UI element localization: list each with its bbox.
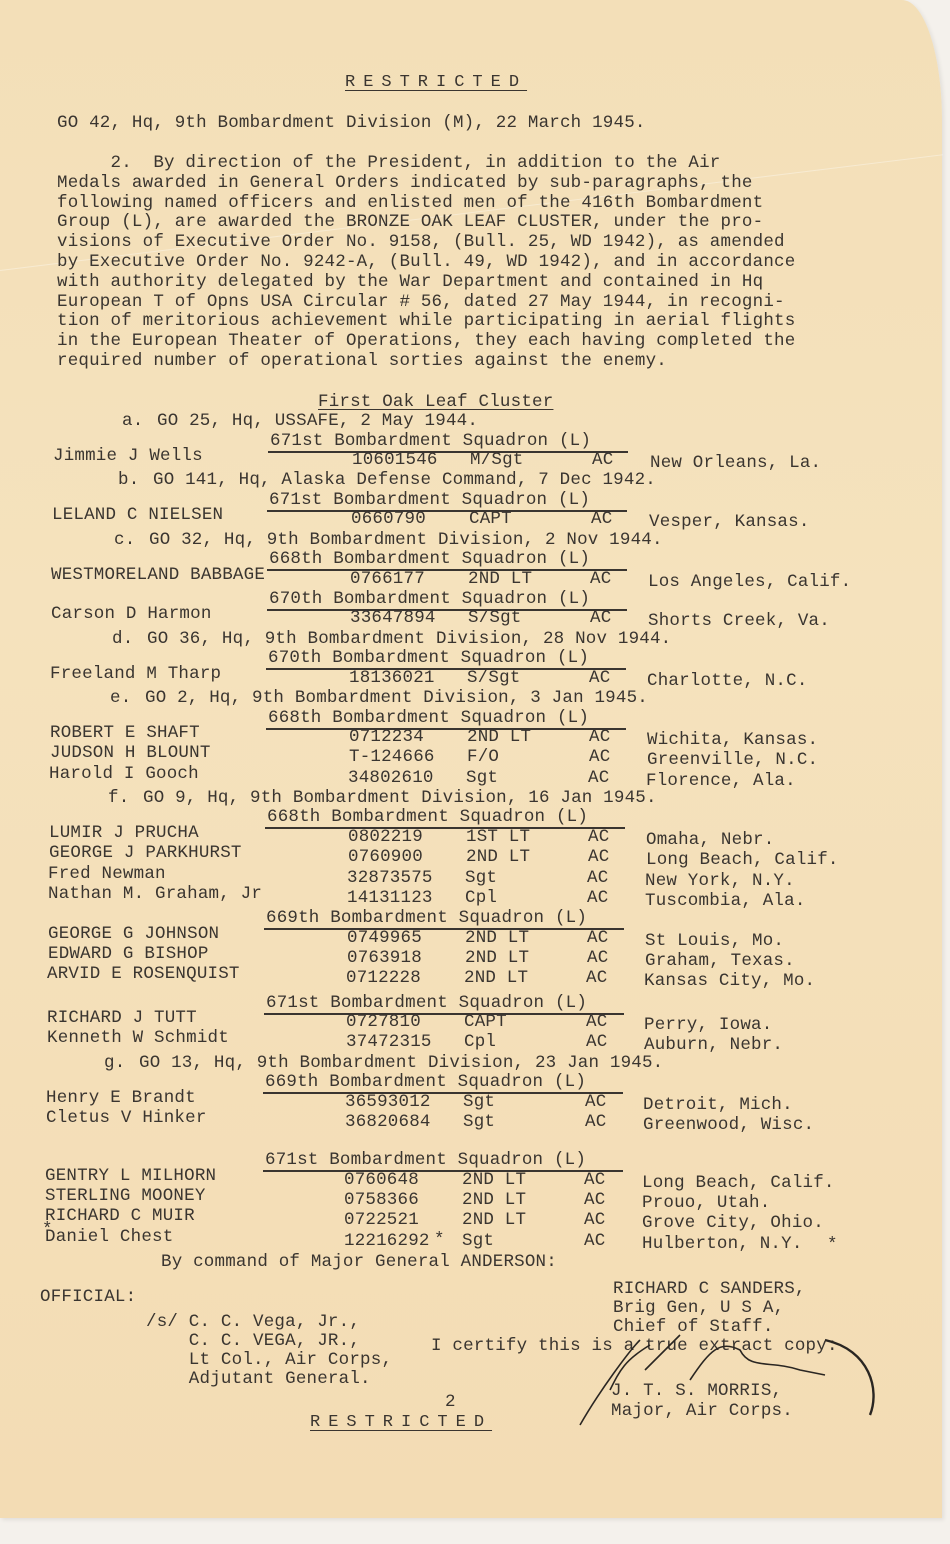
rank: 2ND LT: [462, 1170, 526, 1190]
paragraph-line: 2. By direction of the President, in add…: [57, 153, 721, 173]
recipient-name: WESTMORELAND BABBAGE: [51, 565, 265, 585]
recipient-name: ARVID E ROSENQUIST: [47, 964, 240, 984]
paragraph-line: required number of operational sorties a…: [57, 351, 667, 371]
sub-paragraph-letter: a.: [122, 411, 143, 431]
squadron-heading: 671st Bombardment Squadron (L): [266, 993, 587, 1013]
adjutant-signature-block: C. C. VEGA, JR.,: [146, 1331, 360, 1351]
recipient-name: STERLING MOONEY: [45, 1186, 206, 1206]
arm-of-service: AC: [591, 509, 612, 529]
rank: CAPT: [469, 509, 512, 529]
serial-number: 14131123: [347, 888, 433, 908]
rank: Sgt: [463, 1092, 495, 1112]
chief-of-staff-block: RICHARD C SANDERS,: [613, 1279, 806, 1299]
arm-of-service: AC: [586, 968, 607, 988]
order-line: GO 42, Hq, 9th Bombardment Division (M),…: [57, 113, 646, 133]
arm-of-service: AC: [586, 1032, 607, 1052]
certification-statement: I certify this is a true extract copy:: [431, 1336, 838, 1356]
home-town: Long Beach, Calif.: [642, 1173, 835, 1193]
rank: Cpl: [465, 888, 497, 908]
sub-paragraph-letter: f.: [108, 788, 129, 808]
arm-of-service: AC: [587, 948, 608, 968]
recipient-name: Henry E Brandt: [46, 1088, 196, 1108]
squadron-underline: [267, 609, 627, 611]
certifier-block: Major, Air Corps.: [611, 1401, 793, 1421]
home-town: New Orleans, La.: [650, 453, 821, 473]
paragraph-line: tion of meritorious achievement while pa…: [57, 311, 795, 331]
serial-number: 0758366: [344, 1190, 419, 1210]
arm-of-service: AC: [587, 928, 608, 948]
squadron-underline: [264, 1013, 624, 1015]
recipient-name: LELAND C NIELSEN: [52, 505, 223, 525]
end-mark-asterisk: *: [827, 1235, 838, 1255]
paragraph-line: following named officers and enlisted me…: [57, 193, 763, 213]
rank: 2ND LT: [462, 1190, 526, 1210]
certifier-block: J. T. S. MORRIS,: [611, 1381, 782, 1401]
home-town: Los Angeles, Calif.: [648, 572, 851, 592]
general-order-reference: GO 9, Hq, 9th Bombardment Division, 16 J…: [143, 788, 657, 808]
page-number: 2: [445, 1392, 456, 1412]
paragraph-line: visions of Executive Order No. 9158, (Bu…: [57, 232, 785, 252]
paragraph-line: Group (L), are awarded the BRONZE OAK LE…: [57, 212, 763, 232]
recipient-name: Jimmie J Wells: [53, 446, 203, 466]
serial-number: 18136021: [349, 668, 435, 688]
rank: 1ST LT: [466, 827, 530, 847]
squadron-underline: [268, 451, 628, 453]
squadron-heading: 668th Bombardment Squadron (L): [267, 807, 588, 827]
end-mark-asterisk: *: [42, 1220, 53, 1240]
recipient-name: RICHARD C MUIR: [45, 1206, 195, 1226]
paragraph-line: European T of Opns USA Circular # 56, da…: [57, 292, 785, 312]
general-order-reference: GO 2, Hq, 9th Bombardment Division, 3 Ja…: [145, 688, 648, 708]
recipient-name: Kenneth W Schmidt: [47, 1028, 229, 1048]
serial-number: 37472315: [346, 1032, 432, 1052]
arm-of-service: AC: [587, 868, 608, 888]
squadron-underline: [267, 510, 627, 512]
by-command-line: By command of Major General ANDERSON:: [161, 1252, 557, 1272]
classification-header: RESTRICTED: [345, 73, 527, 93]
general-order-reference: GO 25, Hq, USSAFE, 2 May 1944.: [157, 411, 478, 431]
squadron-underline: [265, 827, 625, 829]
sub-paragraph-letter: b.: [118, 470, 139, 490]
arm-of-service: AC: [585, 1092, 606, 1112]
rank: CAPT: [464, 1012, 507, 1032]
home-town: Vesper, Kansas.: [649, 512, 810, 532]
arm-of-service: AC: [588, 768, 609, 788]
serial-number: 34802610: [348, 768, 434, 788]
serial-number: 0749965: [347, 928, 422, 948]
arm-of-service: AC: [590, 608, 611, 628]
general-order-reference: GO 13, Hq, 9th Bombardment Division, 23 …: [139, 1053, 663, 1073]
rank: 2ND LT: [468, 569, 532, 589]
rank: 2ND LT: [467, 727, 531, 747]
serial-number: 0760900: [348, 847, 423, 867]
sub-paragraph-letter: e.: [110, 688, 131, 708]
squadron-underline: [263, 1170, 623, 1172]
end-mark-asterisk: *: [434, 1230, 445, 1250]
home-town: Hulberton, N.Y.: [642, 1234, 803, 1254]
squadron-heading: 670th Bombardment Squadron (L): [269, 589, 590, 609]
squadron-heading: 670th Bombardment Squadron (L): [268, 648, 589, 668]
serial-number: 0727810: [346, 1012, 421, 1032]
adjutant-signature-block: Lt Col., Air Corps,: [146, 1350, 392, 1370]
home-town: Detroit, Mich.: [643, 1095, 793, 1115]
serial-number: 0760648: [344, 1170, 419, 1190]
paragraph-line: Medals awarded in General Orders indicat…: [57, 173, 753, 193]
arm-of-service: AC: [584, 1190, 605, 1210]
home-town: Auburn, Nebr.: [644, 1035, 783, 1055]
home-town: Greenwood, Wisc.: [643, 1115, 814, 1135]
rank: Sgt: [465, 868, 497, 888]
home-town: Kansas City, Mo.: [644, 971, 815, 991]
squadron-underline: [267, 569, 627, 571]
sub-paragraph-letter: d.: [112, 629, 133, 649]
rank: S/Sgt: [468, 608, 522, 628]
rank: S/Sgt: [467, 668, 521, 688]
home-town: Long Beach, Calif.: [646, 850, 839, 870]
squadron-heading: 671st Bombardment Squadron (L): [265, 1150, 586, 1170]
squadron-underline: [264, 928, 624, 930]
general-order-reference: GO 32, Hq, 9th Bombardment Division, 2 N…: [149, 530, 663, 550]
arm-of-service: AC: [592, 450, 613, 470]
arm-of-service: AC: [585, 1112, 606, 1132]
recipient-name: Daniel Chest: [45, 1227, 173, 1247]
rank: 2ND LT: [462, 1210, 526, 1230]
arm-of-service: AC: [590, 569, 611, 589]
official-label: OFFICIAL:: [40, 1287, 136, 1307]
serial-number: 0766177: [350, 569, 425, 589]
serial-number: 36593012: [345, 1092, 431, 1112]
serial-number: 0763918: [347, 948, 422, 968]
serial-number: 12216292: [344, 1231, 430, 1251]
serial-number: 33647894: [350, 608, 436, 628]
rank: 2ND LT: [465, 928, 529, 948]
rank: 2ND LT: [464, 968, 528, 988]
rank: Sgt: [462, 1231, 494, 1251]
squadron-heading: 669th Bombardment Squadron (L): [266, 908, 587, 928]
recipient-name: EDWARD G BISHOP: [48, 944, 209, 964]
arm-of-service: AC: [586, 1012, 607, 1032]
squadron-underline: [266, 728, 626, 730]
rank: Sgt: [463, 1112, 495, 1132]
serial-number: 10601546: [352, 450, 438, 470]
adjutant-signature-block: /s/ C. C. Vega, Jr.,: [146, 1312, 360, 1332]
home-town: Charlotte, N.C.: [647, 671, 808, 691]
recipient-name: GEORGE J PARKHURST: [49, 843, 242, 863]
home-town: Florence, Ala.: [646, 771, 796, 791]
recipient-name: Freeland M Tharp: [50, 664, 221, 684]
recipient-name: GENTRY L MILHORN: [45, 1166, 216, 1186]
squadron-heading: 668th Bombardment Squadron (L): [269, 549, 590, 569]
recipient-name: Fred Newman: [48, 864, 166, 884]
recipient-name: RICHARD J TUTT: [47, 1008, 197, 1028]
serial-number: 36820684: [345, 1112, 431, 1132]
serial-number: 32873575: [347, 868, 433, 888]
paragraph-line: in the European Theater of Operations, t…: [57, 331, 795, 351]
home-town: New York, N.Y.: [645, 871, 795, 891]
sub-paragraph-letter: c.: [114, 530, 135, 550]
rank: Sgt: [466, 768, 498, 788]
squadron-heading: 669th Bombardment Squadron (L): [265, 1072, 586, 1092]
arm-of-service: AC: [584, 1231, 605, 1251]
chief-of-staff-block: Chief of Staff.: [613, 1317, 774, 1337]
serial-number: T-124666: [349, 747, 435, 767]
home-town: Perry, Iowa.: [644, 1015, 772, 1035]
serial-number: 0722521: [344, 1210, 419, 1230]
adjutant-signature-block: Adjutant General.: [146, 1369, 371, 1389]
recipient-name: GEORGE G JOHNSON: [48, 924, 219, 944]
chief-of-staff-block: Brig Gen, U S A,: [613, 1298, 784, 1318]
arm-of-service: AC: [587, 888, 608, 908]
arm-of-service: AC: [584, 1170, 605, 1190]
rank: M/Sgt: [470, 450, 524, 470]
home-town: Wichita, Kansas.: [647, 730, 818, 750]
squadron-underline: [266, 668, 626, 670]
serial-number: 0712234: [349, 727, 424, 747]
squadron-heading: 668th Bombardment Squadron (L): [268, 708, 589, 728]
squadron-underline: [263, 1092, 623, 1094]
arm-of-service: AC: [584, 1210, 605, 1230]
rank: 2ND LT: [465, 948, 529, 968]
recipient-name: JUDSON H BLOUNT: [50, 743, 211, 763]
recipient-name: Nathan M. Graham, Jr: [48, 884, 262, 904]
home-town: Prouo, Utah.: [642, 1193, 770, 1213]
arm-of-service: AC: [589, 668, 610, 688]
recipient-name: Carson D Harmon: [51, 604, 212, 624]
recipient-name: Cletus V Hinker: [46, 1108, 207, 1128]
rank: Cpl: [464, 1032, 496, 1052]
recipient-name: LUMIR J PRUCHA: [49, 823, 199, 843]
section-title: First Oak Leaf Cluster: [318, 392, 553, 412]
home-town: Greenville, N.C.: [647, 750, 818, 770]
home-town: St Louis, Mo.: [645, 931, 784, 951]
rank: 2ND LT: [466, 847, 530, 867]
serial-number: 0712228: [346, 968, 421, 988]
home-town: Graham, Texas.: [645, 951, 795, 971]
paragraph-line: with authority delegated by the War Depa…: [57, 272, 763, 292]
home-town: Tuscombia, Ala.: [645, 891, 806, 911]
recipient-name: ROBERT E SHAFT: [50, 723, 200, 743]
serial-number: 0660790: [351, 509, 426, 529]
squadron-heading: 671st Bombardment Squadron (L): [270, 431, 591, 451]
home-town: Grove City, Ohio.: [642, 1213, 824, 1233]
recipient-name: Harold I Gooch: [49, 764, 199, 784]
serial-number: 0802219: [348, 827, 423, 847]
squadron-heading: 671st Bombardment Squadron (L): [269, 490, 590, 510]
paragraph-line: by Executive Order No. 9242-A, (Bull. 49…: [57, 252, 795, 272]
general-order-reference: GO 141, Hq, Alaska Defense Command, 7 De…: [153, 470, 656, 490]
home-town: Omaha, Nebr.: [646, 830, 774, 850]
sub-paragraph-letter: g.: [104, 1053, 125, 1073]
arm-of-service: AC: [588, 827, 609, 847]
home-town: Shorts Creek, Va.: [648, 611, 830, 631]
arm-of-service: AC: [589, 747, 610, 767]
arm-of-service: AC: [588, 847, 609, 867]
classification-footer: RESTRICTED: [310, 1413, 492, 1433]
arm-of-service: AC: [589, 727, 610, 747]
rank: F/O: [467, 747, 499, 767]
general-order-reference: GO 36, Hq, 9th Bombardment Division, 28 …: [147, 629, 671, 649]
